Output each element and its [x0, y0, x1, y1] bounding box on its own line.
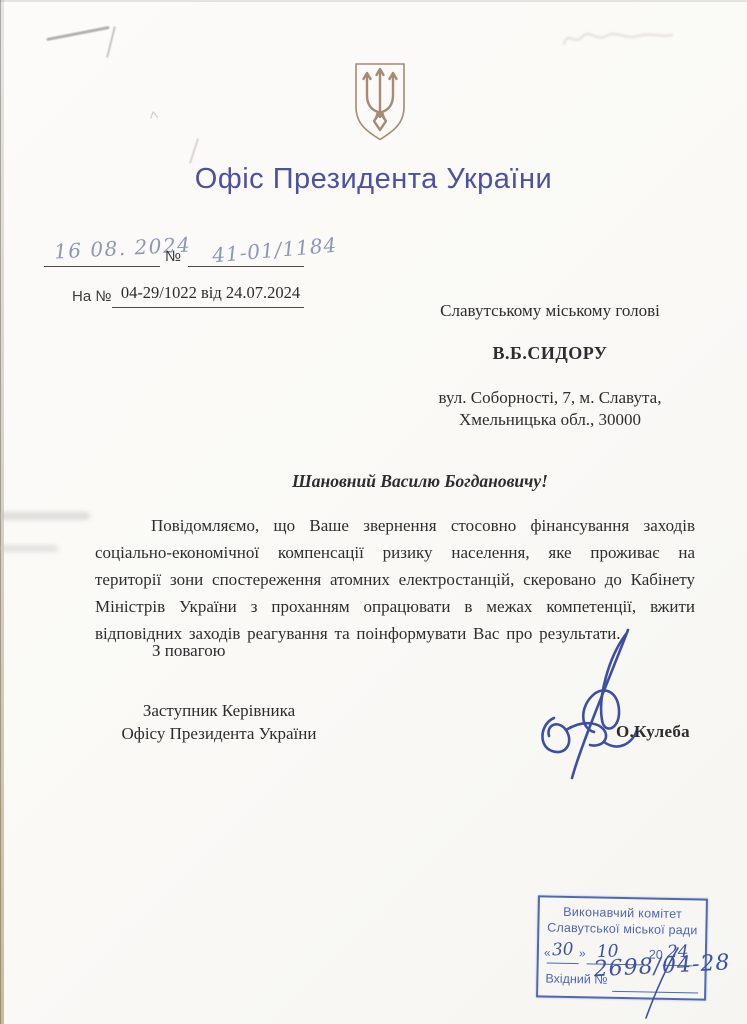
faint-pencil-note — [560, 24, 680, 54]
handwritten-outgoing-number: 41-01/1184 — [211, 233, 338, 268]
recipient-name: В.Б.СИДОРУ — [428, 342, 672, 364]
pencil-caret-mark: ^ — [149, 108, 160, 130]
pencil-slash-mark-2 — [189, 138, 199, 163]
date-underline — [44, 265, 160, 267]
signer-title-line2: Офісу Президента України — [100, 722, 338, 745]
scan-top-edge-shadow — [0, 0, 747, 2]
reply-to-label: На № — [72, 288, 111, 305]
handwritten-signature — [538, 624, 683, 782]
number-underline — [188, 265, 304, 267]
paper-fold-smudge — [0, 512, 90, 520]
recipient-block: Славутському міському голові В.Б.СИДОРУ … — [428, 300, 672, 431]
salutation: Шановний Василю Богдановичу! — [240, 471, 600, 492]
stamp-org-line2: Славутської міської ради — [539, 920, 705, 937]
stamp-day-underline — [547, 962, 579, 965]
recipient-role: Славутському міському голові — [428, 300, 672, 322]
signer-name: О.Кулеба — [616, 722, 690, 742]
stamp-handwritten-day: 30 — [551, 939, 574, 960]
stamp-quote-open: « — [544, 946, 551, 960]
reply-reference: 04-29/1022 від 24.07.2024 — [118, 283, 303, 303]
pen-flourish-stroke — [616, 944, 706, 1020]
signer-title-line1: Заступник Керівника — [100, 699, 338, 722]
paper-fold-smudge-2 — [0, 545, 58, 552]
scanned-letter-page: ^ Офіс Президента України 16 08. 2024 № … — [0, 0, 747, 1024]
pencil-dash-mark — [46, 26, 109, 41]
reply-underline — [112, 306, 304, 308]
stamp-quote-close: » — [579, 946, 586, 960]
pencil-slash-mark — [106, 26, 116, 58]
closing-phrase: З повагою — [152, 641, 225, 661]
signer-title-block: Заступник Керівника Офісу Президента Укр… — [100, 699, 338, 745]
number-label: № — [165, 248, 181, 265]
stamp-org-line1: Виконавчий комітет — [540, 904, 706, 921]
office-title: Офіс Президента України — [0, 163, 747, 196]
tryzub-emblem-icon — [352, 60, 408, 144]
recipient-address-line1: вул. Соборності, 7, м. Славута, — [428, 387, 672, 409]
recipient-address-line2: Хмельницька обл., 30000 — [428, 409, 672, 431]
